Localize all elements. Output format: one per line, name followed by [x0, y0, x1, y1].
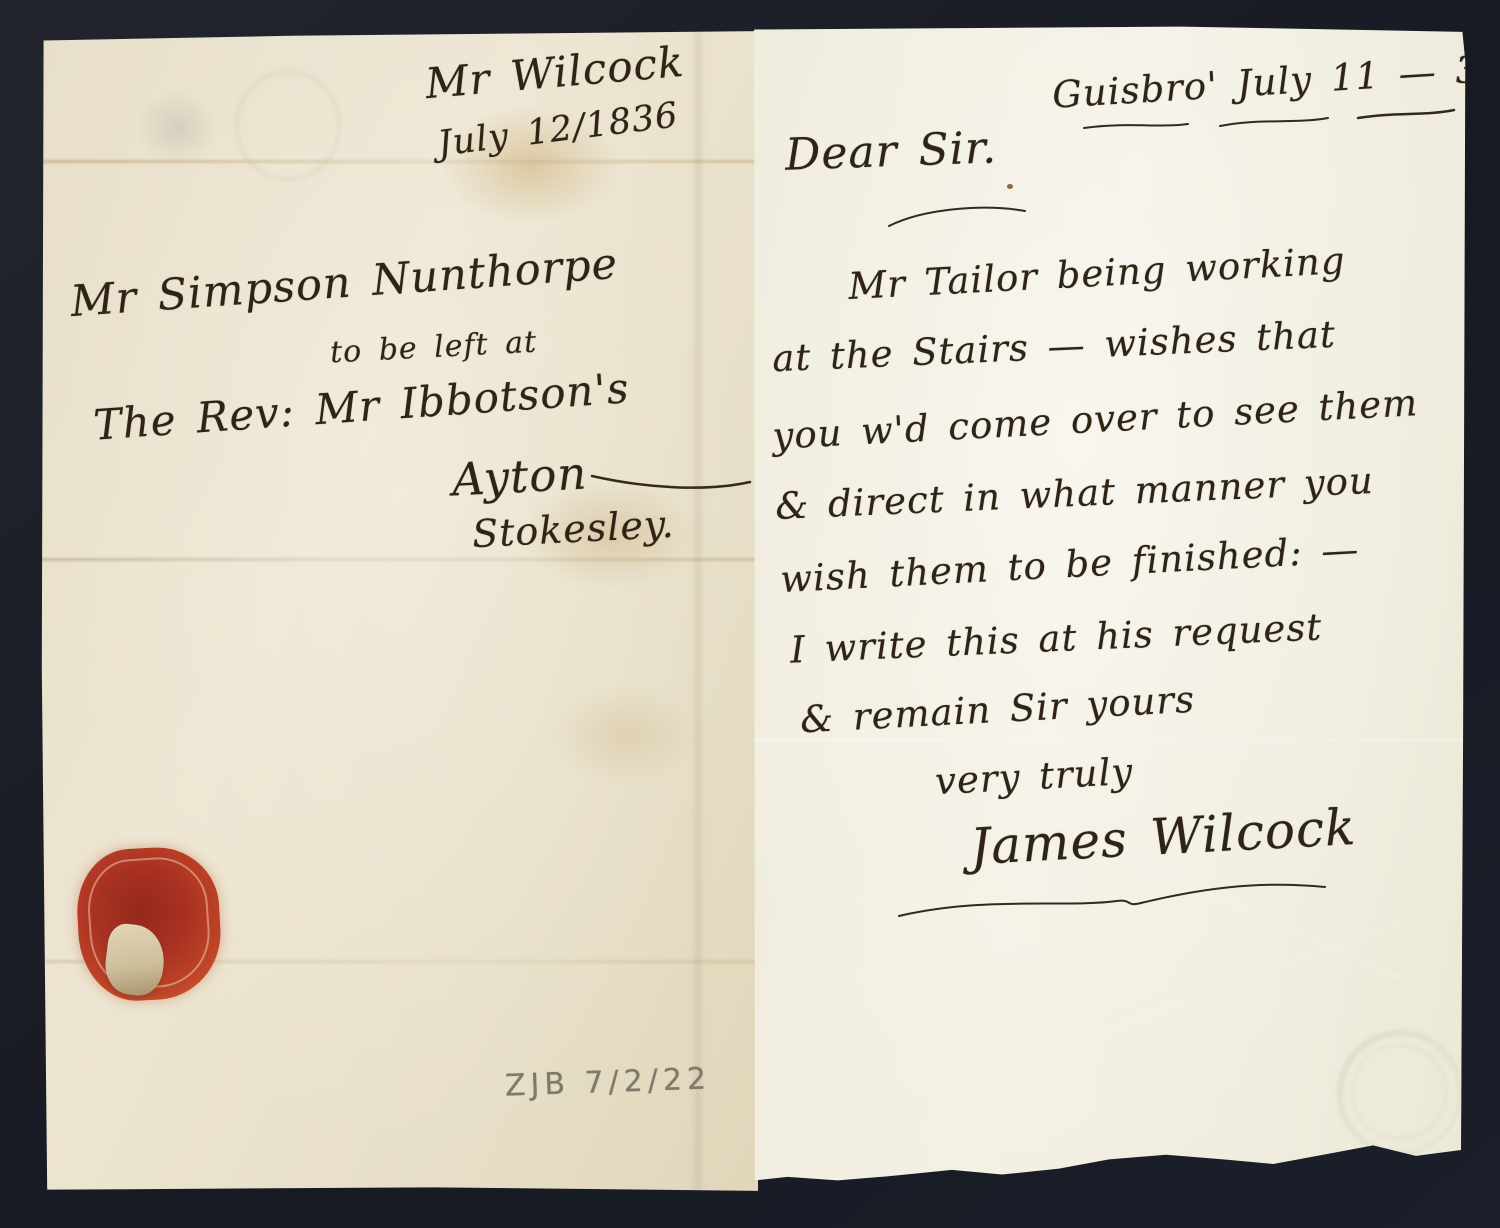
address-post-town: Stokesley.	[471, 502, 675, 557]
address-town: Ayton	[451, 446, 589, 506]
embossed-stamp-inner-ring	[1351, 1044, 1447, 1140]
docket-name: Mr Wilcock	[423, 37, 686, 108]
letter-salutation: Dear Sir.	[784, 122, 998, 180]
letter-body-line: & remain Sir yours	[799, 678, 1196, 742]
letter-body-line: wish them to be finished: —	[779, 528, 1360, 601]
address-instruction: to be left at	[329, 325, 538, 371]
salutation-flourish	[885, 198, 1030, 232]
letter-signature: James Wilcock	[969, 798, 1358, 876]
letter-closing: very truly	[934, 750, 1134, 803]
letter-dateline: Guisbro' July 11 — 36	[1051, 46, 1500, 117]
letter-body-line: you w'd come over to see them	[771, 381, 1419, 458]
fold-crease	[40, 160, 758, 163]
signature-flourish	[895, 868, 1330, 922]
letter-body-line: at the Stairs — wishes that	[771, 313, 1336, 381]
fold-crease-vertical	[695, 30, 701, 1192]
paper-smudge	[135, 90, 220, 165]
embossed-stamp	[1337, 1030, 1463, 1156]
fold-crease	[40, 558, 758, 561]
fold-crease-diagonal	[1064, 908, 1441, 1047]
archive-reference: ZJB 7/2/22	[504, 1061, 711, 1103]
docket-date: July 12/1836	[435, 95, 680, 164]
address-panel: Mr Wilcock July 12/1836 Mr Simpson Nunth…	[40, 30, 758, 1192]
fold-crease-light	[752, 738, 1466, 741]
letter-page: Guisbro' July 11 — 36 Dear Sir. Mr Tailo…	[752, 26, 1466, 1192]
scan-background: Mr Wilcock July 12/1836 Mr Simpson Nunth…	[0, 0, 1500, 1228]
address-recipient: Mr Simpson Nunthorpe	[69, 239, 620, 327]
pen-flourish-dash	[590, 468, 755, 500]
letter-body-line: I write this at his request	[789, 605, 1323, 671]
address-care-of: The Rev: Mr Ibbotson's	[92, 363, 631, 449]
embossed-watermark	[235, 70, 341, 181]
ink-speck	[1007, 184, 1013, 189]
letter-body-line: Mr Tailor being working	[847, 239, 1346, 308]
paper-stain	[550, 685, 700, 785]
letter-body-line: & direct in what manner you	[774, 459, 1374, 528]
